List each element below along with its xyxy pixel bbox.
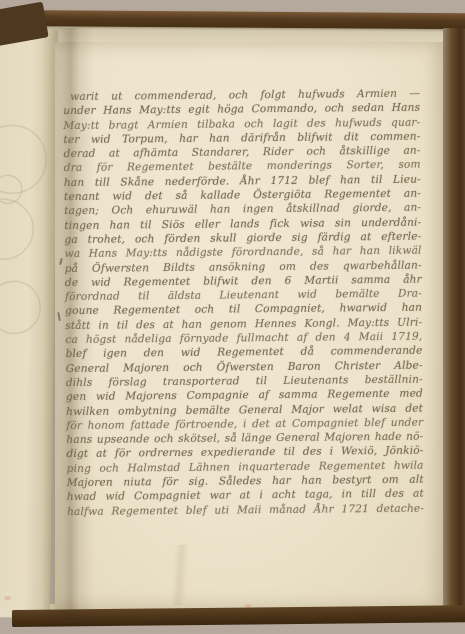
stain xyxy=(4,596,11,600)
facing-page xyxy=(0,29,58,618)
book-cover-top-edge xyxy=(4,10,465,29)
manuscript-text: warit ut commenderad, och folgt hufwuds … xyxy=(63,87,424,519)
facing-page-showthrough-swirls xyxy=(0,29,58,430)
photographed-book: warit ut commenderad, och folgt hufwuds … xyxy=(0,0,465,634)
stain xyxy=(245,604,251,608)
book-cover-right-edge xyxy=(443,28,465,622)
book-cover-bottom-edge xyxy=(12,605,465,627)
